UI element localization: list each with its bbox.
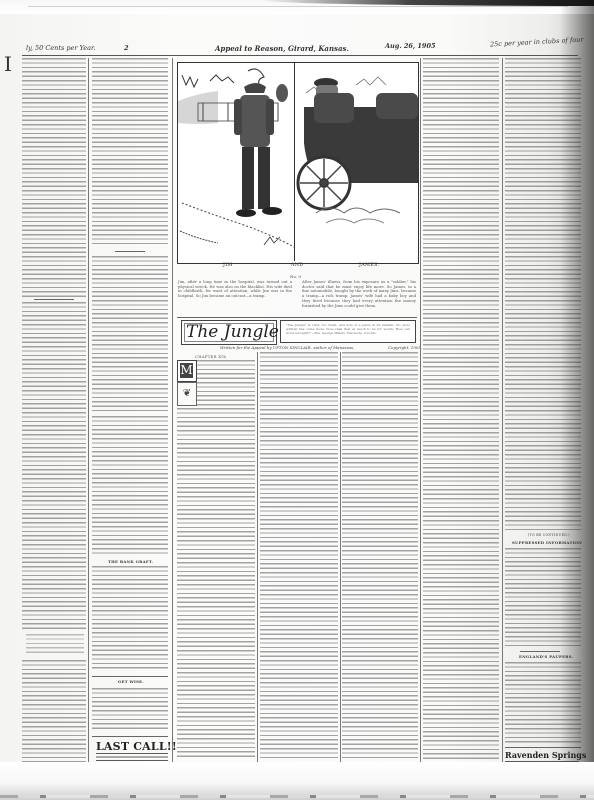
heading-get-wise: GET WISE. xyxy=(118,679,144,684)
column-2-divider xyxy=(115,251,145,252)
jim-caption: Jim, after a long time in the hospital, … xyxy=(178,280,292,310)
label-and: AND xyxy=(291,263,303,268)
column-2-bank-graft-text xyxy=(92,566,168,671)
column-2-divider-2 xyxy=(92,676,168,677)
subscription-price: ly, 50 Cents per Year. xyxy=(26,44,95,52)
column-2-text xyxy=(92,58,168,246)
column-1-bottom-text xyxy=(22,660,86,762)
page-number: 2 xyxy=(124,44,129,52)
column-rule-4 xyxy=(502,58,503,763)
get-wise-text xyxy=(92,688,168,732)
jungle-rule-2 xyxy=(340,352,341,762)
drop-cap-m: M xyxy=(177,360,197,382)
tramp-illustration xyxy=(178,63,294,261)
heading-bank-graft: THE BANK GRAFT. xyxy=(108,559,153,564)
column-6-divider xyxy=(520,651,560,652)
jungle-review-quote: "The Jungle" is vivid, too fresh, and ac… xyxy=(280,320,416,343)
scan-right-shadow xyxy=(560,0,594,800)
column-1-divider xyxy=(34,299,74,300)
chapter-heading: CHAPTER XIX. xyxy=(195,354,228,359)
cartoon-panel-jim xyxy=(178,63,295,261)
james-caption: After James' illness, from his exposure … xyxy=(302,280,416,316)
column-1-text-continued xyxy=(22,302,86,632)
column-rule-3 xyxy=(420,58,421,763)
column-rule-1 xyxy=(88,58,89,763)
scan-bottom-edge xyxy=(0,762,594,800)
copyright-notice: Copyright, 1905. xyxy=(388,345,422,350)
paper-name: Appeal to Reason, Girard, Kansas. xyxy=(215,44,349,53)
automobile-illustration xyxy=(296,63,418,261)
column-drop-letter: I xyxy=(4,56,20,68)
cartoon-jim-and-james xyxy=(177,62,419,264)
cartoon-number: No. 9 xyxy=(290,274,301,279)
jungle-col-a-top xyxy=(197,360,255,406)
column-2-rich xyxy=(92,416,168,556)
jungle-title-box: The Jungle xyxy=(181,320,277,345)
folio-rule xyxy=(22,55,578,56)
label-james: JAMES. xyxy=(359,263,379,268)
frog-ornament-icon: ❦ xyxy=(177,382,197,406)
label-jim: JIM xyxy=(223,263,233,268)
newspaper-page: ly, 50 Cents per Year. 2 Appeal to Reaso… xyxy=(0,0,594,800)
cartoon-panel-james xyxy=(296,63,418,261)
top-border-line xyxy=(28,6,568,7)
issue-date: Aug. 26, 1905 xyxy=(385,42,436,50)
column-2-divider-3 xyxy=(92,736,168,737)
column-5-text xyxy=(423,58,499,760)
column-rule-2 xyxy=(172,58,173,763)
cartoon-labels: JIM AND JAMES. xyxy=(177,262,417,272)
jungle-top-rule xyxy=(177,317,417,318)
jungle-title: The Jungle xyxy=(186,322,279,342)
heading-last-call: LAST CALL!! xyxy=(96,740,177,753)
jungle-rule-1 xyxy=(257,352,258,762)
jungle-col-a xyxy=(177,408,255,760)
column-1-note xyxy=(26,634,84,656)
jungle-byline: Written for the Appeal by UPTON SINCLAIR… xyxy=(220,345,418,350)
column-1-text xyxy=(22,58,86,298)
jungle-col-c xyxy=(342,352,418,760)
folio-line: ly, 50 Cents per Year. 2 Appeal to Reaso… xyxy=(0,41,580,55)
column-2-workingman xyxy=(92,256,168,411)
jungle-col-b xyxy=(260,352,338,760)
